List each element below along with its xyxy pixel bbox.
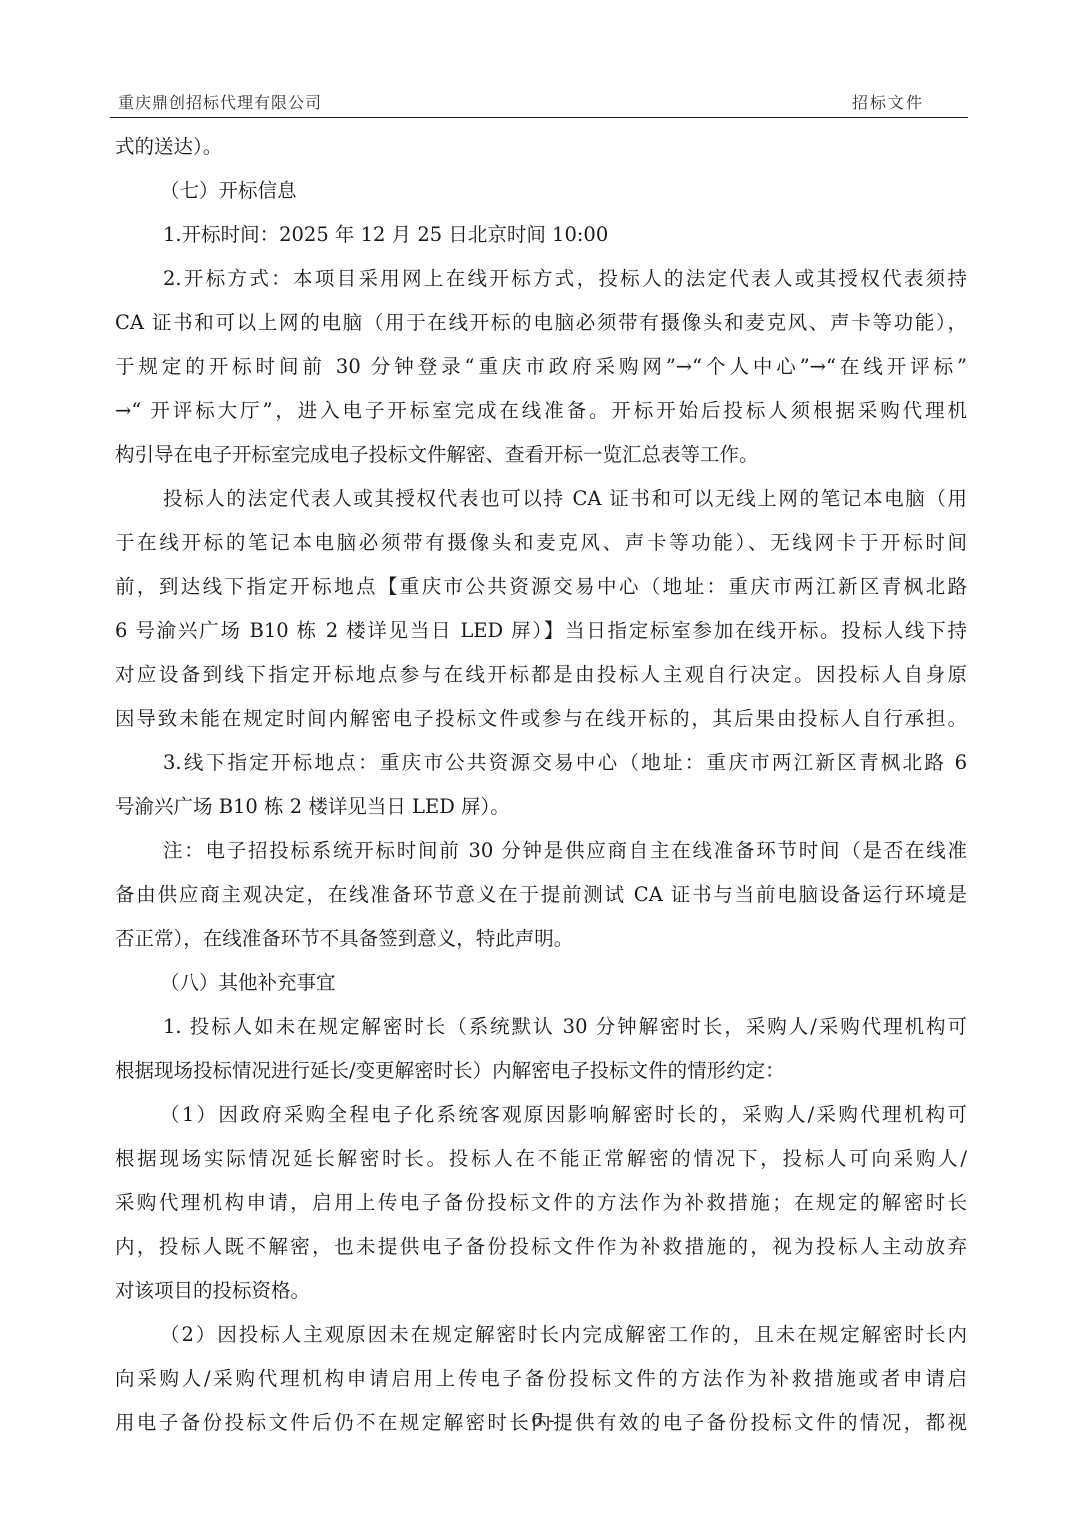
text-line: 备由供应商主观决定，在线准备环节意义在于提前测试 CA 证书与当前电脑设备运行环…	[115, 880, 967, 910]
text-line: 1. 投标人如未在规定解密时长（系统默认 30 分钟解密时长，采购人/采购代理机…	[163, 1012, 967, 1042]
text-line: 根据现场实际情况延长解密时长。投标人在不能正常解密的情况下，投标人可向采购人/	[115, 1144, 967, 1174]
page-header: 重庆鼎创招标代理有限公司 招标文件	[110, 88, 968, 118]
text-line: →“ 开评标大厅”，进入电子开标室完成在线准备。开标开始后投标人须根据采购代理机	[115, 396, 967, 426]
text-line: 根据现场投标情况进行延长/变更解密时长）内解密电子投标文件的情形约定：	[115, 1056, 967, 1086]
text-line: 因导致未能在规定时间内解密电子投标文件或参与在线开标的，其后果由投标人自行承担。	[115, 704, 967, 734]
text-line: 否正常），在线准备环节不具备签到意义，特此声明。	[115, 924, 967, 954]
text-line: 2.开标方式：本项目采用网上在线开标方式，投标人的法定代表人或其授权代表须持	[163, 264, 967, 294]
text-line: （七）开标信息	[160, 176, 967, 206]
header-company-name: 重庆鼎创招标代理有限公司	[118, 90, 322, 113]
text-line: 向采购人/采购代理机构申请启用上传电子备份投标文件的方法作为补救措施或者申请启	[115, 1364, 967, 1394]
text-line: 式的送达）。	[115, 132, 967, 162]
text-line: 前，到达线下指定开标地点【重庆市公共资源交易中心（地址：重庆市两江新区青枫北路	[115, 572, 967, 602]
page-number: - 6 -	[0, 1410, 1074, 1431]
text-line: 内，投标人既不解密，也未提供电子备份投标文件作为补救措施的，视为投标人主动放弃	[115, 1232, 967, 1262]
header-divider	[110, 117, 968, 118]
text-line: （1）因政府采购全程电子化系统客观原因影响解密时长的，采购人/采购代理机构可	[160, 1100, 967, 1130]
text-line: 采购代理机构申请，启用上传电子备份投标文件的方法作为补救措施；在规定的解密时长	[115, 1188, 967, 1218]
text-line: 注：电子招投标系统开标时间前 30 分钟是供应商自主在线准备环节时间（是否在线准	[163, 836, 967, 866]
text-line: 对该项目的投标资格。	[115, 1276, 967, 1306]
text-line: 对应设备到线下指定开标地点参与在线开标都是由投标人主观自行决定。因投标人自身原	[115, 660, 967, 690]
text-line: （2）因投标人主观原因未在规定解密时长内完成解密工作的，且未在规定解密时长内	[160, 1320, 967, 1350]
header-document-type: 招标文件	[852, 90, 924, 113]
text-line: 构引导在电子开标室完成电子投标文件解密、查看开标一览汇总表等工作。	[115, 440, 967, 470]
text-line: （八）其他补充事宜	[160, 968, 967, 998]
text-line: 6 号渝兴广场 B10 栋 2 楼详见当日 LED 屏）】当日指定标室参加在线开…	[115, 616, 967, 646]
text-line: 投标人的法定代表人或其授权代表也可以持 CA 证书和可以无线上网的笔记本电脑（用	[163, 484, 967, 514]
text-line: 号渝兴广场 B10 栋 2 楼详见当日 LED 屏）。	[115, 792, 967, 822]
document-page: 重庆鼎创招标代理有限公司 招标文件 式的送达）。（七）开标信息1.开标时间：20…	[0, 0, 1074, 1520]
text-line: CA 证书和可以上网的电脑（用于在线开标的电脑必须带有摄像头和麦克风、声卡等功能…	[115, 308, 967, 338]
text-line: 1.开标时间：2025 年 12 月 25 日北京时间 10:00	[163, 220, 967, 250]
text-line: 于在线开标的笔记本电脑必须带有摄像头和麦克风、声卡等功能）、无线网卡于开标时间	[115, 528, 967, 558]
text-line: 于规定的开标时间前 30 分钟登录“重庆市政府采购网”→“个人中心”→“在线开评…	[115, 352, 967, 382]
text-line: 3.线下指定开标地点：重庆市公共资源交易中心（地址：重庆市两江新区青枫北路 6	[163, 748, 967, 778]
